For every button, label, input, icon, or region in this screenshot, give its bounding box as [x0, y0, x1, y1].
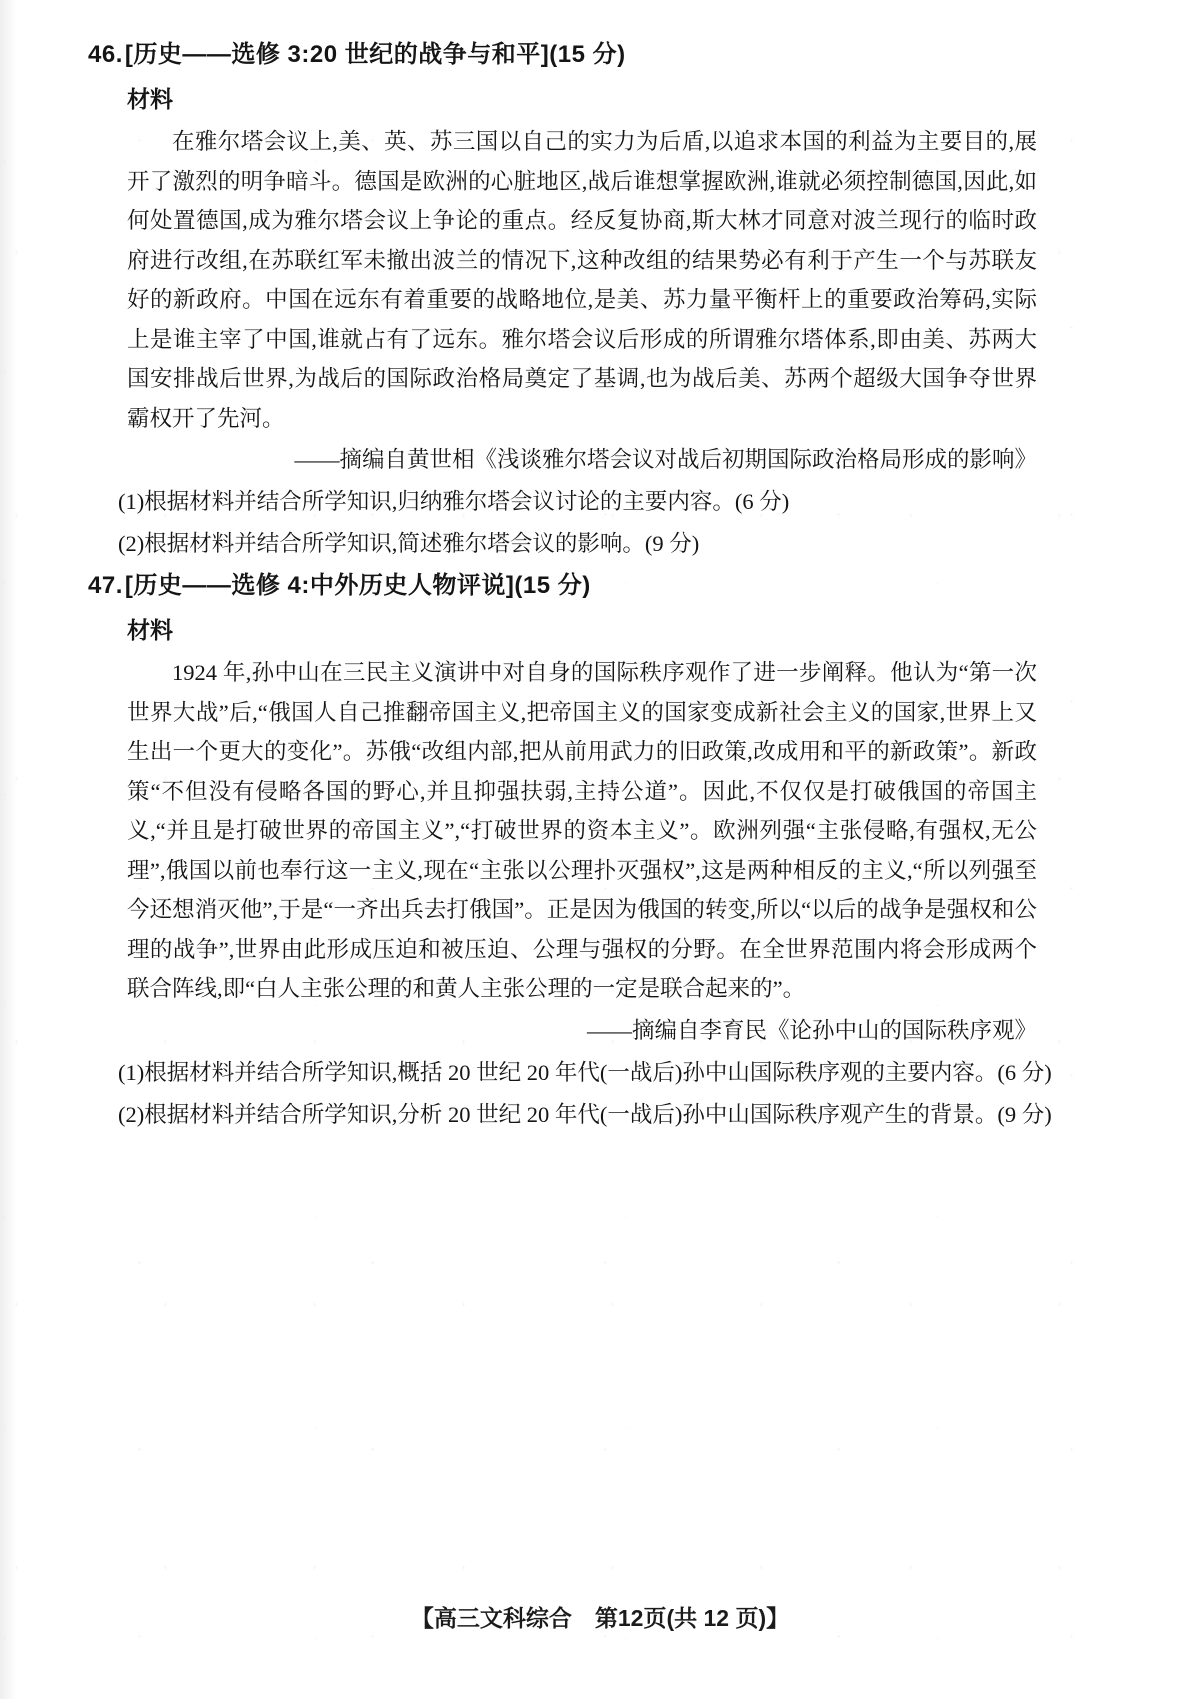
question-46-number: 46. — [88, 41, 123, 68]
question-47-number: 47. — [88, 572, 123, 599]
question-47-heading: 47.[历史——选修 4:中外历史人物评说](15 分) — [88, 569, 1037, 603]
page-content: 46.[历史——选修 3:20 世纪的战争与和平](15 分) 材料 在雅尔塔会… — [0, 0, 1200, 1136]
question-46-material-label: 材料 — [127, 82, 1037, 116]
question-46: 46.[历史——选修 3:20 世纪的战争与和平](15 分) 材料 在雅尔塔会… — [88, 38, 1037, 565]
question-47-source-attribution: ——摘编自李育民《论孙中山的国际秩序观》 — [127, 1009, 1037, 1052]
question-46-source-attribution: ——摘编自黄世相《浅谈雅尔塔会议对战后初期国际政治格局形成的影响》 — [127, 438, 1037, 481]
question-47-material-label: 材料 — [127, 613, 1037, 647]
exam-page: 46.[历史——选修 3:20 世纪的战争与和平](15 分) 材料 在雅尔塔会… — [0, 0, 1200, 1699]
question-46-sub-question-1: (1)根据材料并结合所学知识,归纳雅尔塔会议讨论的主要内容。(6 分) — [118, 481, 1079, 523]
page-footer: 【高三文科综合 第12页(共 12 页)】 — [0, 1598, 1200, 1638]
question-46-heading: 46.[历史——选修 3:20 世纪的战争与和平](15 分) — [88, 38, 1037, 72]
question-47-title: [历史——选修 4:中外历史人物评说](15 分) — [125, 572, 591, 599]
question-46-title: [历史——选修 3:20 世纪的战争与和平](15 分) — [125, 41, 626, 68]
question-47-material-paragraph: 1924 年,孙中山在三民主义演讲中对自身的国际秩序观作了进一步阐释。他认为“第… — [127, 653, 1037, 1009]
question-47: 47.[历史——选修 4:中外历史人物评说](15 分) 材料 1924 年,孙… — [88, 569, 1037, 1136]
question-47-sub-question-2: (2)根据材料并结合所学知识,分析 20 世纪 20 年代(一战后)孙中山国际秩… — [118, 1094, 1079, 1136]
question-46-material-paragraph: 在雅尔塔会议上,美、英、苏三国以自己的实力为后盾,以追求本国的利益为主要目的,展… — [127, 122, 1037, 438]
question-47-sub-question-1: (1)根据材料并结合所学知识,概括 20 世纪 20 年代(一战后)孙中山国际秩… — [118, 1052, 1079, 1094]
question-46-sub-question-2: (2)根据材料并结合所学知识,简述雅尔塔会议的影响。(9 分) — [118, 523, 1079, 565]
